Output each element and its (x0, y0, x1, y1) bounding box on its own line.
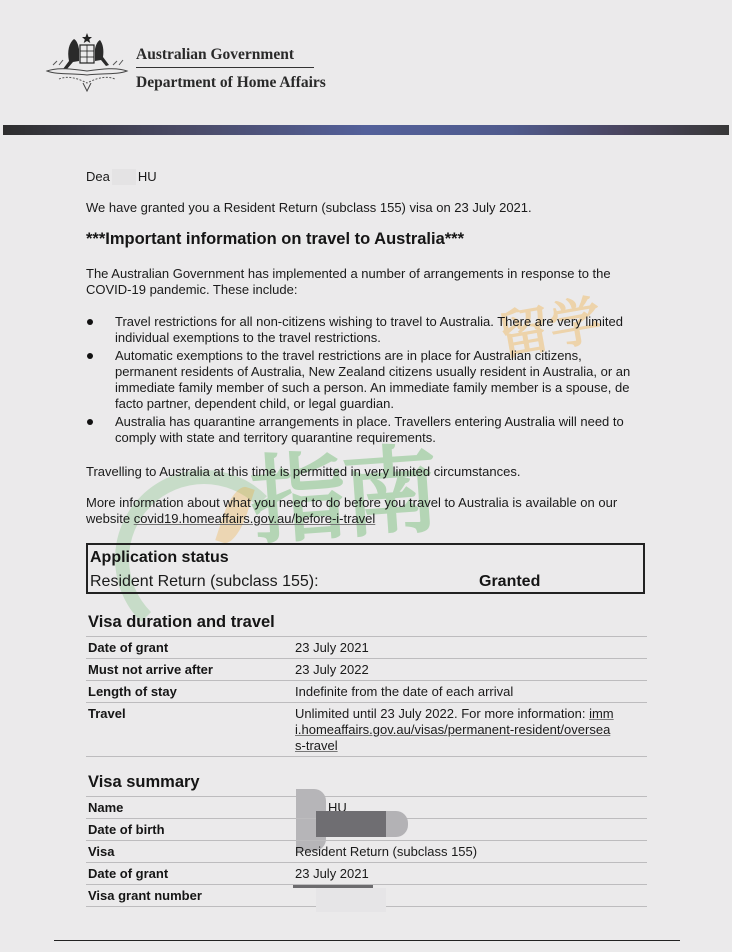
row-value: 23 July 2021 (295, 863, 647, 884)
row-value: Resident Return (subclass 155) (295, 841, 647, 862)
salutation-prefix: Dea (86, 169, 110, 184)
table-row: Date of grant 23 July 2021 (86, 636, 647, 658)
table-row: Length of stay Indefinite from the date … (86, 680, 647, 702)
status-title: Application status (90, 549, 229, 567)
department-name: Department of Home Affairs (136, 74, 326, 92)
redaction (316, 888, 386, 912)
row-value: Indefinite from the date of each arrival (295, 681, 647, 702)
header-band (3, 125, 729, 135)
divider (136, 67, 314, 68)
redacted-name (112, 169, 136, 185)
list-item: Travel restrictions for all non-citizens… (86, 314, 646, 346)
table-row: Must not arrive after 23 July 2022 (86, 658, 647, 680)
row-key: Date of birth (88, 822, 165, 838)
row-value: 23 July 2022 (295, 659, 647, 680)
salutation: DeaHU (86, 169, 157, 185)
row-key: Length of stay (88, 684, 177, 700)
salutation-name: HU (138, 169, 157, 184)
redaction (386, 811, 408, 837)
row-key: Date of grant (88, 640, 168, 656)
row-value: 23 July 2021 (295, 637, 647, 658)
table-row: Date of grant 23 July 2021 (86, 862, 647, 884)
row-key: Must not arrive after (88, 662, 213, 678)
letterhead: Australian Government Department of Home… (0, 0, 732, 124)
table-row: Date of birth (86, 818, 647, 840)
row-key: Travel (88, 706, 126, 722)
list-item: Australia has quarantine arrangements in… (86, 414, 646, 446)
important-heading: ***Important information on travel to Au… (86, 230, 464, 249)
row-key: Visa grant number (88, 888, 202, 904)
government-name: Australian Government (136, 46, 294, 64)
table-row: Travel Unlimited until 23 July 2022. For… (86, 702, 647, 757)
status-label: Resident Return (subclass 155): (90, 573, 319, 591)
travelling-paragraph: Travelling to Australia at this time is … (86, 464, 520, 480)
intro-paragraph: The Australian Government has implemente… (86, 266, 646, 298)
coat-of-arms-icon (43, 31, 131, 93)
visa-summary-table: Name HU Date of birth Visa Resident Retu… (86, 796, 647, 907)
granted-sentence: We have granted you a Resident Return (s… (86, 200, 532, 216)
arrangements-list: Travel restrictions for all non-citizens… (86, 314, 646, 448)
row-key: Date of grant (88, 866, 168, 882)
row-key: Visa (88, 844, 115, 860)
visa-duration-table: Date of grant 23 July 2021 Must not arri… (86, 636, 647, 757)
footer-divider (54, 940, 680, 941)
list-item: Automatic exemptions to the travel restr… (86, 348, 646, 412)
row-value: Unlimited until 23 July 2022. For more i… (295, 703, 615, 756)
visa-duration-title: Visa duration and travel (88, 613, 275, 632)
travel-text: Unlimited until 23 July 2022. For more i… (295, 706, 585, 721)
covid-info-link[interactable]: covid19.homeaffairs.gov.au/before-i-trav… (134, 511, 376, 526)
application-status-box: Application status Resident Return (subc… (86, 543, 645, 594)
table-row: Visa Resident Return (subclass 155) (86, 840, 647, 862)
redaction (316, 811, 396, 837)
status-badge: Granted (479, 573, 540, 591)
visa-summary-title: Visa summary (88, 773, 200, 792)
table-row: Visa grant number (86, 884, 647, 907)
row-key: Name (88, 800, 123, 816)
more-info-paragraph: More information about what you need to … (86, 495, 656, 527)
